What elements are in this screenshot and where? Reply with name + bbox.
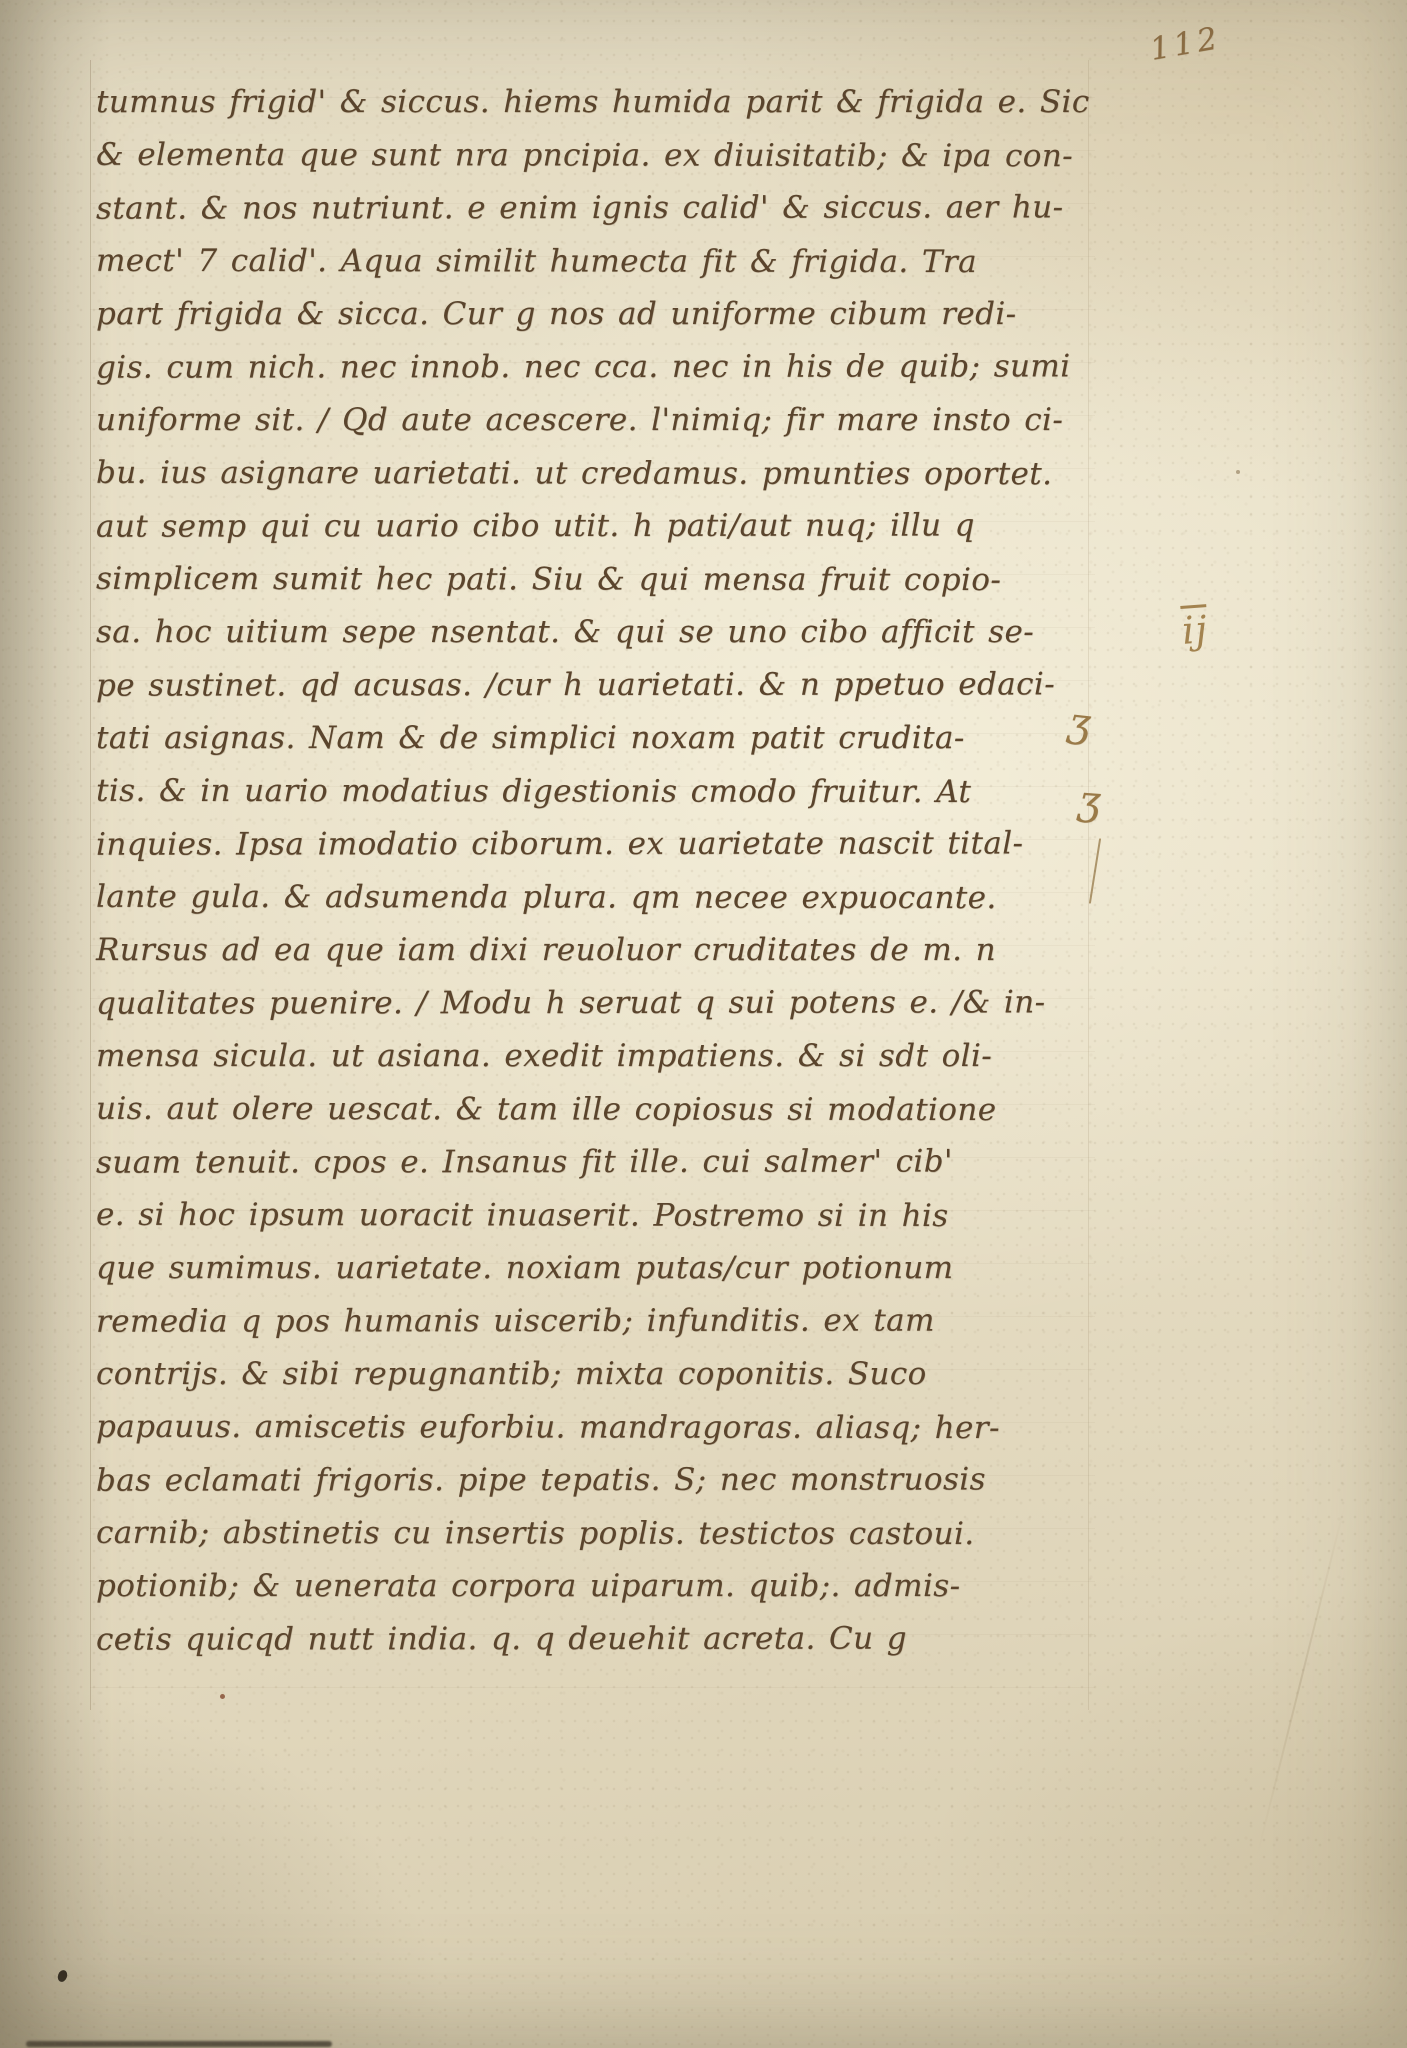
manuscript-line: cetis quicqd nutt india. q. q deuehit ac…: [96, 1612, 1096, 1666]
manuscript-line: lante gula. & adsumenda plura. qm necee …: [96, 871, 1096, 925]
manuscript-line: inquies. Ipsa imodatio ciborum. ex uarie…: [96, 817, 1096, 871]
manuscript-line: remedia q pos humanis uiscerib; infundit…: [96, 1294, 1096, 1348]
manuscript-line: uis. aut olere uescat. & tam ille copios…: [96, 1083, 1096, 1137]
manuscript-line: carnib; abstinetis cu insertis poplis. t…: [96, 1507, 1096, 1561]
manuscript-line: contrijs. & sibi repugnantib; mixta copo…: [96, 1348, 1096, 1401]
manuscript-line: mensa sicula. ut asiana. exedit impatien…: [96, 1030, 1096, 1083]
manuscript-line: sa. hoc uitium sepe nsentat. & qui se un…: [96, 606, 1096, 659]
ink-speck: [1236, 470, 1240, 474]
manuscript-line: & elementa que sunt nra pncipia. ex diui…: [96, 129, 1096, 183]
ink-speck: [220, 1694, 225, 1699]
manuscript-line: part frigida & sicca. Cur g nos ad unifo…: [96, 288, 1096, 341]
manuscript-line: potionib; & uenerata corpora uiparum. qu…: [96, 1560, 1096, 1613]
manuscript-line: e. si hoc ipsum uoracit inuaserit. Postr…: [96, 1189, 1096, 1243]
manuscript-line: stant. & nos nutriunt. e enim ignis cali…: [96, 181, 1096, 235]
manuscript-text-block: tumnus frigid' & siccus. hiems humida pa…: [96, 76, 1096, 1666]
manuscript-line: qualitates puenire. / Modu h seruat q su…: [96, 976, 1096, 1030]
manuscript-page: 112 tumnus frigid' & siccus. hiems humid…: [0, 0, 1407, 2048]
parchment-crease: [1256, 1505, 1345, 1855]
ink-speck: [56, 1969, 69, 1983]
manuscript-line: aut semp qui cu uario cibo utit. h pati/…: [96, 499, 1096, 553]
manuscript-line: pe sustinet. qd acusas. /cur h uarietati…: [96, 658, 1096, 712]
manuscript-line: uniforme sit. / Qd aute acescere. l'nimi…: [96, 394, 1096, 447]
page-edge-shadow: [26, 2041, 332, 2047]
manuscript-line: bu. ius asignare uarietati. ut credamus.…: [96, 447, 1096, 501]
margin-correction-mark: ʒ: [1066, 699, 1093, 747]
manuscript-line: tis. & in uario modatius digestionis cmo…: [96, 765, 1096, 819]
folio-number: 112: [1147, 20, 1223, 68]
manuscript-line: papauus. amiscetis euforbiu. mandragoras…: [96, 1401, 1096, 1455]
manuscript-line: mect' 7 calid'. Aqua similit humecta fit…: [96, 235, 1096, 289]
left-margin-rule: [90, 60, 91, 1710]
margin-quire-mark: ij: [1180, 607, 1209, 653]
manuscript-line: suam tenuit. cpos e. Insanus fit ille. c…: [96, 1135, 1096, 1189]
manuscript-line: tati asignas. Nam & de simplici noxam pa…: [96, 712, 1096, 765]
margin-correction-mark: ʒ: [1076, 777, 1102, 824]
manuscript-line: gis. cum nich. nec innob. nec cca. nec i…: [96, 340, 1096, 394]
manuscript-line: Rursus ad ea que iam dixi reuoluor crudi…: [96, 924, 1096, 977]
manuscript-line: que sumimus. uarietate. noxiam putas/cur…: [96, 1242, 1096, 1295]
manuscript-line: bas eclamati frigoris. pipe tepatis. S; …: [96, 1453, 1096, 1507]
manuscript-line: tumnus frigid' & siccus. hiems humida pa…: [96, 76, 1096, 129]
manuscript-line: simplicem sumit hec pati. Siu & qui mens…: [96, 553, 1096, 607]
